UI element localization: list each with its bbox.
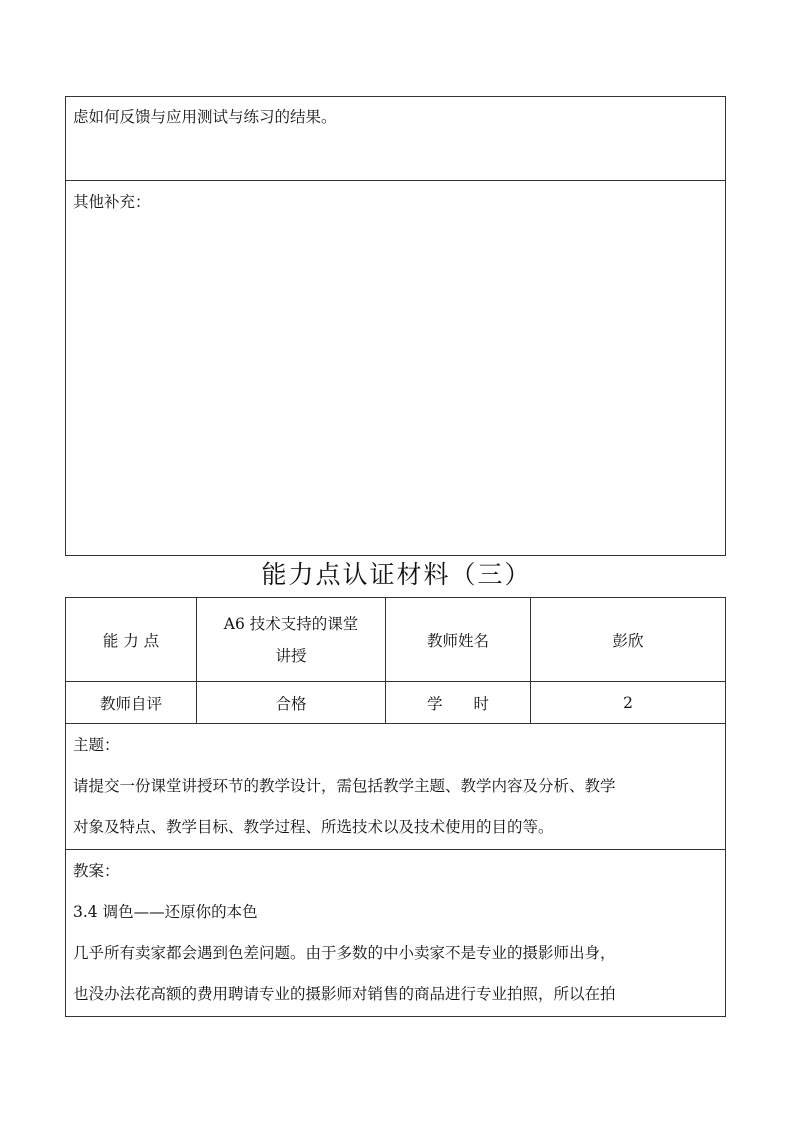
section-title: 能力点认证材料（三） (0, 562, 793, 587)
top-table (65, 96, 726, 556)
top-table-row-divider (65, 180, 726, 181)
study-hours-value: 2 (531, 682, 725, 723)
ability-point-value: A6 技术支持的课堂 讲授 (197, 598, 385, 681)
other-supplement-label: 其他补充： (73, 195, 151, 211)
ability-point-label: 能 力 点 (66, 598, 196, 681)
topic-line-1: 请提交一份课堂讲授环节的教学设计，需包括教学主题、教学内容及分析、教学 (73, 779, 616, 795)
topic-line-2: 对象及特点、教学目标、教学过程、所选技术以及技术使用的目的等。 (73, 820, 554, 836)
info-table-row-divider-3 (65, 849, 726, 850)
lesson-plan-heading: 3.4 调色——还原你的本色 (73, 905, 258, 921)
feedback-text: 虑如何反馈与应用测试与练习的结果。 (73, 110, 337, 126)
teacher-name-label: 教师姓名 (386, 598, 530, 681)
teacher-name-value: 彭欣 (531, 598, 725, 681)
self-evaluation-value: 合格 (197, 682, 385, 723)
lesson-plan-label: 教案： (73, 864, 120, 880)
lesson-plan-line-2: 也没办法花高额的费用聘请专业的摄影师对销售的商品进行专业拍照，所以在拍 (73, 987, 616, 1003)
lesson-plan-line-1: 几乎所有卖家都会遇到色差问题。由于多数的中小卖家不是专业的摄影师出身， (73, 946, 616, 962)
info-table-row-divider-2 (65, 723, 726, 724)
study-hours-label: 学 时 (386, 682, 530, 723)
topic-label: 主题： (73, 738, 120, 754)
self-evaluation-label: 教师自评 (66, 682, 196, 723)
